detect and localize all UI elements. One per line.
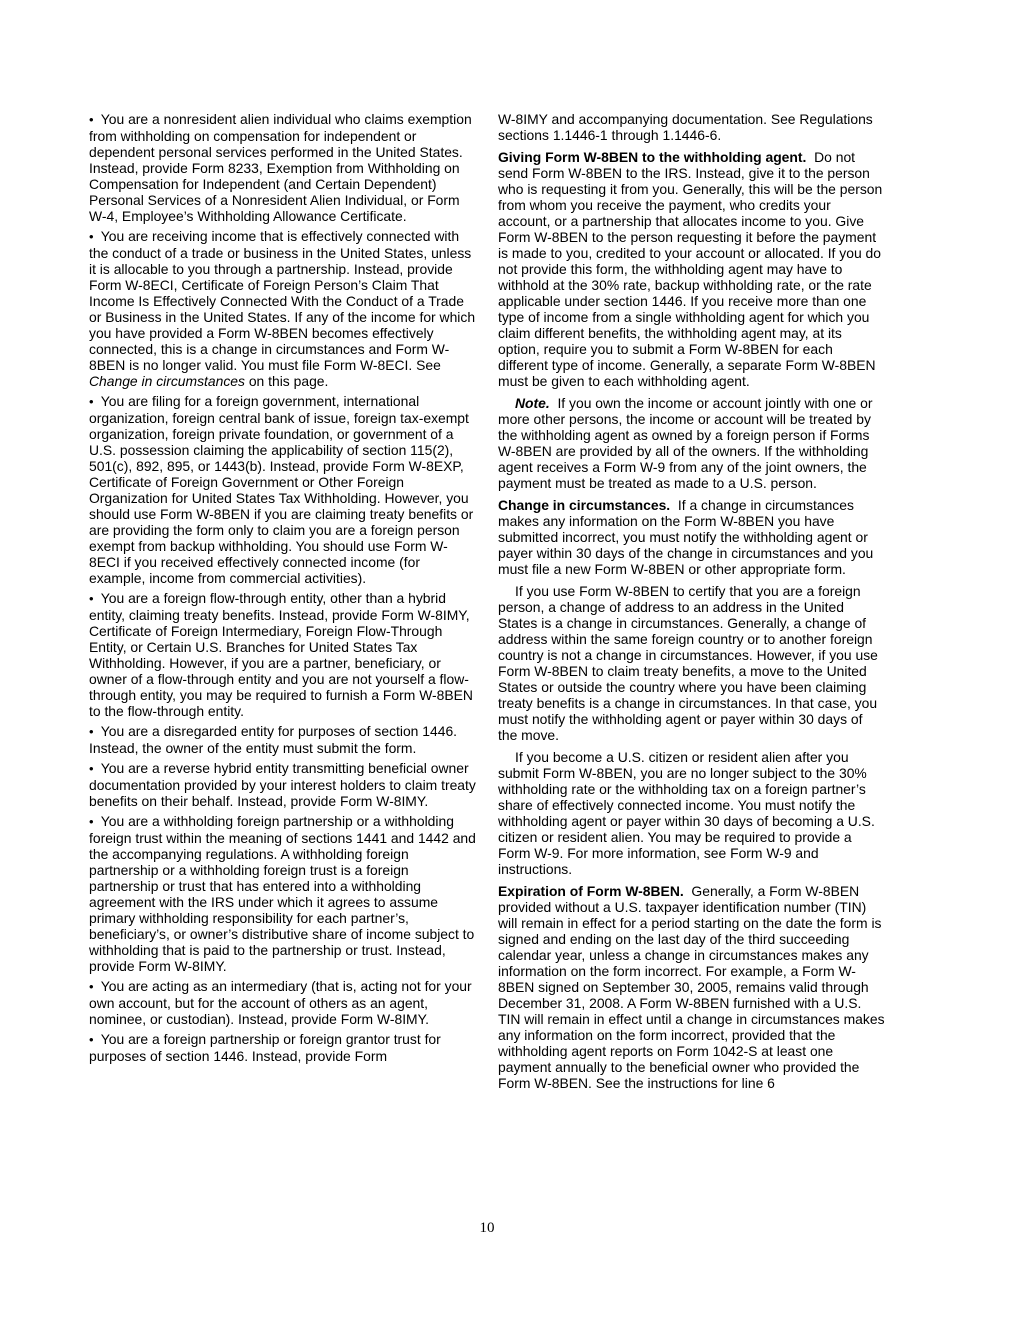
- text-run: You are a disregarded entity for purpose…: [89, 723, 457, 756]
- text-run: You are acting as an intermediary (that …: [89, 978, 472, 1027]
- bullet-item: • You are acting as an intermediary (tha…: [89, 978, 476, 1027]
- text-run: You are filing for a foreign government,…: [89, 393, 473, 586]
- bullet-icon: •: [89, 761, 101, 776]
- paragraph: If you use Form W-8BEN to certify that y…: [498, 583, 885, 743]
- bullet-item: • You are a foreign flow-through entity,…: [89, 590, 476, 719]
- text-run: If you use Form W-8BEN to certify that y…: [498, 583, 878, 743]
- paragraph: Expiration of Form W-8BEN. Generally, a …: [498, 883, 885, 1091]
- text-run: You are receiving income that is effecti…: [89, 228, 475, 373]
- page-number: 10: [89, 1220, 885, 1237]
- text-run: Do not send Form W-8BEN to the IRS. Inst…: [498, 149, 882, 389]
- text-run: You are a foreign partnership or foreign…: [89, 1031, 441, 1064]
- paragraph: Giving Form W-8BEN to the withholding ag…: [498, 149, 885, 389]
- bullet-item: • You are a disregarded entity for purpo…: [89, 723, 476, 756]
- text-run: Change in circumstances: [89, 373, 245, 389]
- text-run: Note.: [515, 395, 550, 411]
- paragraph: If you become a U.S. citizen or resident…: [498, 749, 885, 877]
- text-run: You are a nonresident alien individual w…: [89, 111, 472, 224]
- bullet-item: • You are filing for a foreign governmen…: [89, 393, 476, 586]
- text-run: You are a foreign flow-through entity, o…: [89, 590, 473, 719]
- left-column: • You are a nonresident alien individual…: [89, 111, 476, 1091]
- text-run: on this page.: [245, 373, 328, 389]
- bullet-icon: •: [89, 591, 101, 606]
- page-content: • You are a nonresident alien individual…: [89, 111, 885, 1091]
- paragraph: W-8IMY and accompanying documentation. S…: [498, 111, 885, 143]
- text-run: If you own the income or account jointly…: [498, 395, 872, 491]
- paragraph: Note. If you own the income or account j…: [498, 395, 885, 491]
- bullet-item: • You are a reverse hybrid entity transm…: [89, 760, 476, 809]
- bullet-icon: •: [89, 1032, 101, 1047]
- bullet-icon: •: [89, 724, 101, 739]
- text-run: Generally, a Form W-8BEN provided withou…: [498, 883, 885, 1091]
- bullet-item: • You are receiving income that is effec…: [89, 228, 476, 389]
- bullet-icon: •: [89, 112, 101, 127]
- text-run: Giving Form W-8BEN to the withholding ag…: [498, 149, 806, 165]
- right-column: W-8IMY and accompanying documentation. S…: [498, 111, 885, 1091]
- text-run: Change in circumstances.: [498, 497, 670, 513]
- text-run: You are a reverse hybrid entity transmit…: [89, 760, 476, 809]
- text-run: Expiration of Form W-8BEN.: [498, 883, 684, 899]
- bullet-item: • You are a nonresident alien individual…: [89, 111, 476, 224]
- text-run: W-8IMY and accompanying documentation. S…: [498, 111, 873, 143]
- bullet-icon: •: [89, 394, 101, 409]
- bullet-icon: •: [89, 814, 101, 829]
- document-page: • You are a nonresident alien individual…: [0, 0, 1010, 1320]
- bullet-icon: •: [89, 979, 101, 994]
- bullet-icon: •: [89, 229, 101, 244]
- paragraph: Change in circumstances. If a change in …: [498, 497, 885, 577]
- bullet-item: • You are a foreign partnership or forei…: [89, 1031, 476, 1064]
- text-run: If you become a U.S. citizen or resident…: [498, 749, 875, 877]
- bullet-item: • You are a withholding foreign partners…: [89, 813, 476, 974]
- text-run: You are a withholding foreign partnershi…: [89, 813, 476, 974]
